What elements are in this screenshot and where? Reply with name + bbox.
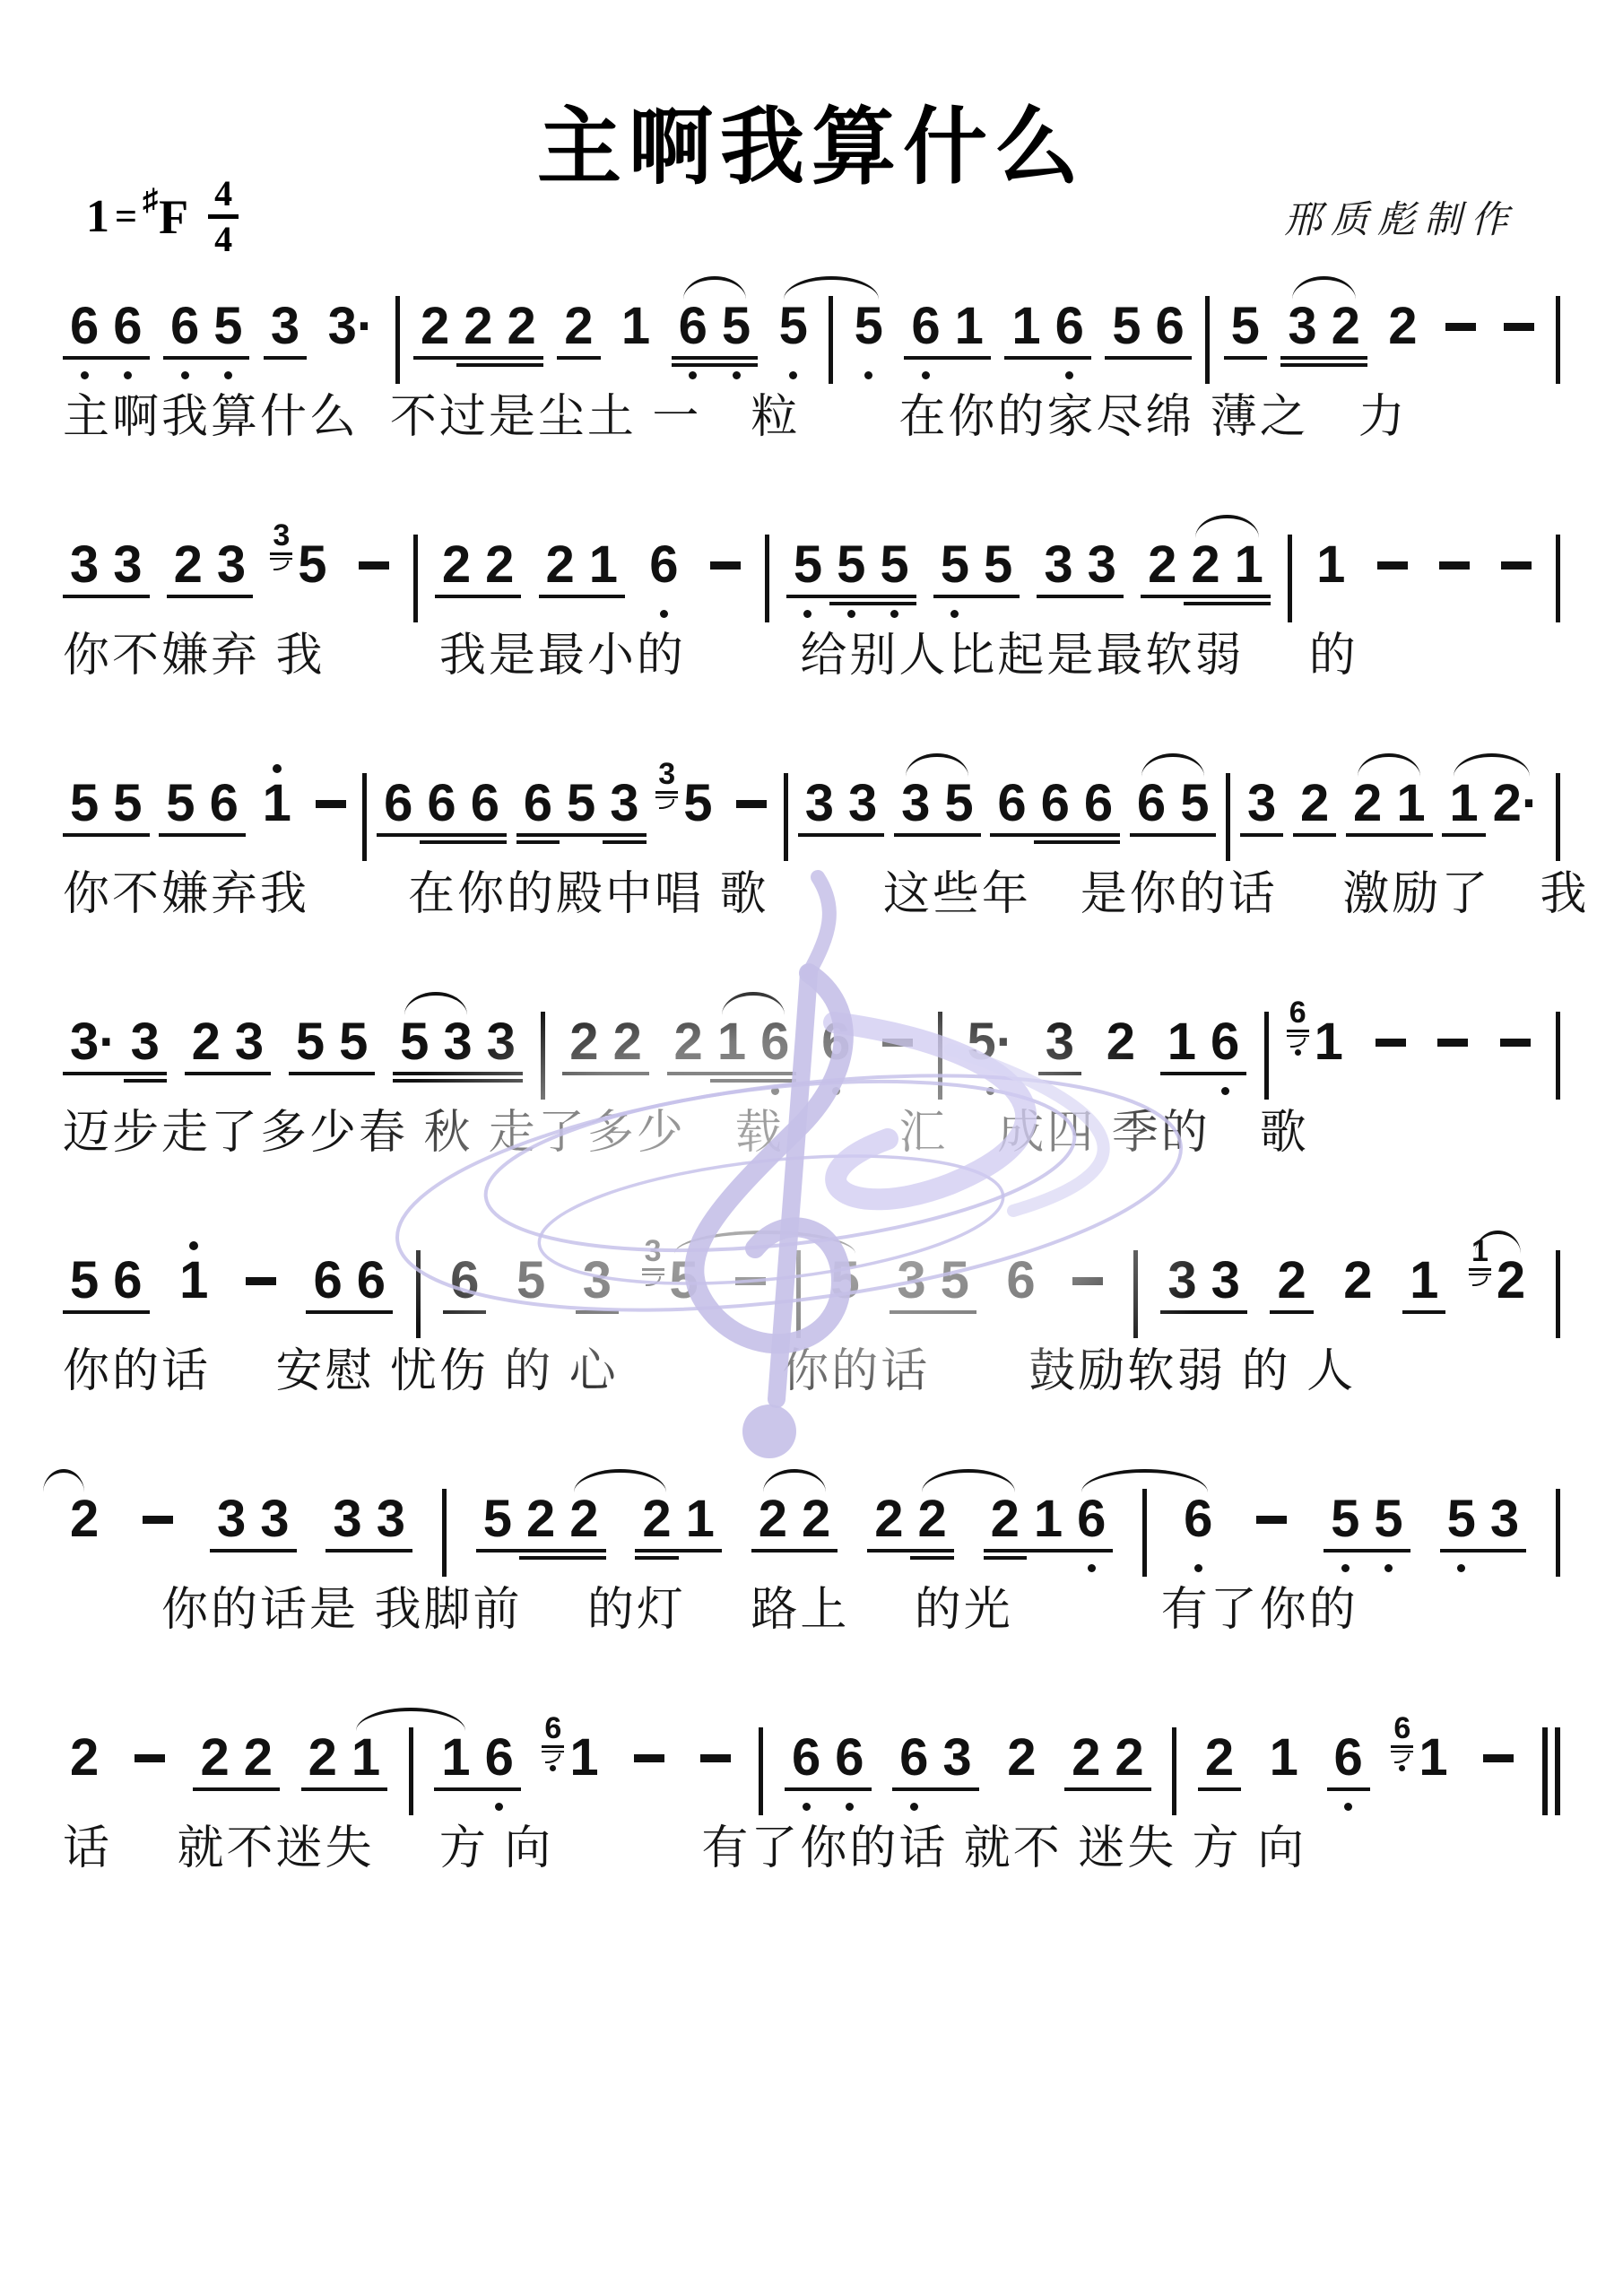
note-token: 6 [1327,1700,1370,1815]
note-digit: 5 [206,300,249,353]
note-digit: 3 [369,1492,412,1546]
note-digit: 2 [867,1492,910,1546]
beam-group: 2 [1381,269,1424,384]
high-octave-area [321,269,382,300]
underline-area [1476,1785,1521,1799]
high-octave-area [289,985,332,1015]
note-digit: 6 [1130,777,1173,831]
rhythm-underline [193,1787,236,1791]
low-octave-dot [733,371,741,379]
dash-note [1493,985,1538,1100]
rhythm-underline [798,833,841,837]
high-octave-area [1037,508,1080,538]
rhythm-underline [937,833,980,837]
beam-group: 21 [539,508,626,622]
high-octave-area [106,269,149,300]
high-octave-area [185,985,228,1015]
note-token: 2 [500,269,543,384]
underline-area [798,831,841,845]
low-octave-area [1457,1561,1465,1575]
rhythm-underline [1367,1549,1410,1552]
grace-hook [659,799,674,809]
underline-area [676,831,719,845]
note-digit: 5 [332,1015,375,1069]
underline-area [729,831,774,845]
note-token: 6 [814,985,857,1100]
barline [1142,1489,1147,1577]
note-digit: 2 [557,300,600,353]
underline-area [478,592,521,606]
high-octave-area [106,746,149,777]
note-token: 3 [890,1223,933,1338]
low-octave-dot [1341,1564,1350,1572]
rhythm-underline [1391,1751,1413,1753]
note-digit: 5 [63,777,106,831]
rhythm-underline [1037,595,1080,598]
high-octave-area [990,746,1033,777]
high-octave-area [308,746,353,777]
rhythm-underline [672,356,715,360]
duration-dash [700,1754,731,1762]
rhythm-underline [829,595,872,598]
note-digit: 6 [464,777,507,831]
high-octave-area [948,269,991,300]
low-octave-dot [1194,1564,1202,1572]
high-octave-area [1476,1700,1521,1731]
low-octave-dot [1295,1049,1301,1056]
underline-area [167,592,210,606]
note-token: 2 [413,269,456,384]
note-token: 5 [933,508,976,622]
underline-area [772,353,815,368]
rhythm-underline [1240,833,1283,837]
note-token: 3 [1204,1223,1247,1338]
note-digit: 6 [1391,1713,1413,1744]
grace-note: 3 [270,520,292,580]
high-octave-area [1270,1223,1313,1254]
note-digit: 6 [828,1731,871,1785]
note-token: 2 [193,1700,236,1815]
note-digit: 2 [1198,1731,1241,1785]
underline-area [562,1785,605,1799]
high-octave-area [814,985,857,1015]
high-octave-area [557,269,600,300]
note-digit: 3 [798,777,841,831]
note-token: 5 [676,746,719,861]
underline-area [1038,1069,1081,1083]
beam-group [627,1700,672,1815]
rhythm-underline [163,356,206,360]
note-digit: 1 [679,1492,722,1546]
note-token: 1 [948,269,991,384]
low-octave-dot [847,610,855,618]
underline-area [1077,831,1120,845]
low-octave-dot [1457,1564,1465,1572]
note-token: 2 [237,1700,280,1815]
note-digit: 6 [163,300,206,353]
high-octave-area [1160,1223,1203,1254]
note-digit: 6 [203,777,246,831]
rhythm-underline [1324,363,1367,367]
beam-group: 5 [509,1223,552,1338]
barline [541,1012,545,1100]
rhythm-underline [715,363,758,367]
note-digit: 3 [264,300,307,353]
rhythm-underline [1442,833,1485,837]
low-octave-area [1065,368,1073,382]
underline-area [352,592,396,606]
barline [1288,535,1292,622]
underline-area [264,353,307,368]
rhythm-underline [710,1072,753,1075]
underline-area [500,353,543,368]
rhythm-underline [1034,840,1077,844]
underline-area [1224,353,1267,368]
note-digit: 5 [1224,300,1267,353]
beam-group [1065,1223,1110,1338]
note-digit: 6 [672,300,715,353]
underline-area [1198,1785,1241,1799]
grace-hook [545,1753,560,1763]
duration-dash [882,1039,913,1047]
duration-dash [143,1516,173,1524]
rhythm-underline [933,1310,976,1314]
note-digit: 3 [655,759,678,789]
note-digit: 2 [1270,1254,1313,1308]
note-token: 2 [185,985,228,1100]
beam-group: 23 [167,508,254,622]
rhythm-underline [1141,595,1184,598]
rhythm-underline [828,1787,871,1791]
rhythm-underline [464,833,507,837]
high-octave-area [703,508,748,538]
barline [796,1250,801,1338]
note-digit: 2· [1486,777,1547,831]
underline-area [614,353,657,368]
beam-group [729,746,774,861]
rhythm-underline [480,1079,523,1083]
low-octave-area [550,1763,556,1773]
high-octave-area [1497,269,1541,300]
low-octave-area [950,606,959,621]
note-token: 6 [642,508,685,622]
underline-area [1240,831,1283,845]
note-digit: 2 [478,538,521,592]
beam-group: 66 [306,1223,393,1338]
rhythm-underline [1402,1310,1445,1314]
barline [1205,296,1210,384]
high-octave-area [1224,269,1267,300]
beam-group: 2 [1293,746,1336,861]
low-octave-area [922,368,930,382]
barline [1172,1727,1176,1815]
note-digit: 3 [210,1492,253,1546]
barline [442,1489,447,1577]
high-octave-area [519,1462,562,1492]
high-octave-area [256,746,299,777]
underline-area [1204,1308,1247,1322]
underline-area [63,1308,106,1322]
note-digit: 6 [990,777,1033,831]
high-octave-area [1432,508,1477,538]
note-digit: 1 [1004,300,1047,353]
note-token: 2 [1381,269,1424,384]
note-token: 2 [1270,1223,1313,1338]
note-token: 3 [264,269,307,384]
barline [1226,773,1230,861]
low-octave-dot [789,371,797,379]
underline-area [910,1546,953,1561]
underline-area [990,831,1033,845]
note-token: 2 [435,508,478,622]
underline-area [1293,831,1336,845]
beam-group: 2 [1099,985,1142,1100]
note-token: 5 [933,1223,976,1338]
beam-group: 33 [798,746,885,861]
note-digit: 6 [106,1254,149,1308]
underline-area [301,1785,344,1799]
rhythm-underline [1160,1072,1203,1075]
underline-area [1034,831,1077,845]
note-token: 5 [1324,1462,1367,1577]
note-digit: 3 [1081,538,1124,592]
dash-note [1497,269,1541,384]
underline-area [1411,1785,1454,1799]
low-octave-area [789,368,797,382]
rhythm-underline [270,552,292,555]
low-octave-dot [922,371,930,379]
high-octave-area [167,508,210,538]
rhythm-underline [1048,356,1091,360]
underline-area [127,1785,172,1799]
underline-area [344,1785,387,1799]
note-digit: 2 [910,1492,953,1546]
low-octave-dot [495,1803,503,1811]
low-octave-area [1295,1048,1301,1057]
rhythm-underline [679,1549,722,1552]
note-token: 5 [1440,1462,1483,1577]
underline-area [106,592,149,606]
dash-note [693,1700,738,1815]
note-token: 1 [1307,985,1350,1100]
high-octave-area [1293,746,1336,777]
rhythm-underline [443,1310,486,1314]
underline-area [306,1308,349,1322]
note-digit: 5 [1440,1492,1483,1546]
high-octave-area [693,1700,738,1731]
high-octave-area [1203,985,1246,1015]
beam-group: 23 [185,985,272,1100]
beam-group [127,1700,172,1815]
low-octave-area [689,368,697,382]
beam-group: 6 [443,1223,486,1338]
grace-note: 3 [642,1236,664,1296]
underline-area [106,353,149,368]
rhythm-underline [377,833,420,837]
high-octave-area [1038,985,1081,1015]
underline-area [509,1308,552,1322]
rhythm-underline [1389,833,1432,837]
duration-dash [1445,323,1476,331]
note-token: 5 [1224,269,1267,384]
duration-dash [316,800,346,808]
underline-area [436,1069,479,1083]
note-digit: 2 [456,300,499,353]
rhythm-underline [794,1549,838,1552]
note-digit: 1 [172,1254,215,1308]
note-digit: 5 [933,538,976,592]
note-digit: 2 [606,1015,649,1069]
note-token: 5 [63,746,106,861]
note-token: 3 [106,508,149,622]
duration-dash [710,561,741,570]
beam-group: 6 [999,1223,1042,1338]
rhythm-underline [210,595,253,598]
high-octave-area [729,746,774,777]
note-token: 6 [63,269,106,384]
underline-area [933,592,976,606]
note-digit: 5 [676,777,719,831]
duration-dash [736,800,767,808]
note-digit: 2 [539,538,582,592]
high-octave-area [509,1223,552,1254]
underline-area [159,831,202,845]
beam-group: 35 [890,1223,976,1338]
underline-area [603,831,646,845]
underline-area [582,592,625,606]
note-digit: 6 [1070,1492,1113,1546]
note-token: 2 [1099,985,1142,1100]
beam-group: 1 [1402,1223,1445,1338]
note-token: 2 [1293,746,1336,861]
underline-area [794,1546,838,1561]
high-octave-area [210,508,253,538]
low-octave-area [81,368,89,382]
rhythm-underline [480,1072,523,1075]
beam-group: 53 [1440,1462,1527,1577]
underline-area [1367,1546,1410,1561]
low-octave-dot [890,610,898,618]
note-digit: 3 [642,1236,664,1266]
note-token: 3 [841,746,884,861]
note-token: 5· [959,985,1020,1100]
high-octave-area [560,746,603,777]
underline-area [824,1308,867,1322]
underline-area [1149,353,1192,368]
high-octave-area [1240,746,1283,777]
note-token: 1 [562,1700,605,1815]
note-token: 1 [1263,1700,1306,1815]
rhythm-underline [542,1745,564,1748]
note-token: 6 [478,1700,521,1815]
dash-note [1476,1700,1521,1815]
note-digit: 5 [663,1254,706,1308]
high-octave-area [1494,508,1539,538]
underline-area [193,1785,236,1799]
rhythm-underline [478,1787,521,1791]
rhythm-underline [1327,1787,1370,1791]
rhythm-underline [1077,840,1120,844]
beam-group: 2 [1198,1700,1241,1815]
note-digit: 3 [480,1015,523,1069]
underline-area [693,1785,738,1799]
note-token: 5 [976,508,1020,622]
rhythm-underline [434,1787,477,1791]
underline-area [1099,1069,1142,1083]
note-token: 5 [509,1223,552,1338]
rhythm-underline [786,595,829,598]
beam-group: 22 [1064,1700,1151,1815]
note-token: 3 [325,1462,369,1577]
underline-area [976,592,1020,606]
rhythm-underline [519,1549,562,1552]
high-octave-area [1440,1462,1483,1492]
barline [829,296,833,384]
underline-area [443,1308,486,1322]
high-octave-area [63,1223,106,1254]
underline-area [369,1546,412,1561]
barline [938,1012,942,1100]
low-octave-area [124,368,132,382]
note-digit: 1 [582,538,625,592]
high-octave-area [1107,1700,1150,1731]
note-token: 2 [456,269,499,384]
time-signature: 4 4 [208,176,239,257]
underline-area [413,353,456,368]
dash-note [239,1223,283,1338]
note-digit: 2 [193,1731,236,1785]
underline-area [1440,1546,1483,1561]
note-digit: 5 [291,538,334,592]
rhythm-underline [1107,1787,1150,1791]
note-token: 2 [562,985,605,1100]
note-token: 1 [1160,985,1203,1100]
underline-area [1336,1308,1379,1322]
lyrics-line: 你的话 安慰 忧伤 的 心 你的话 鼓励软弱 的 人 [63,1345,1560,1397]
note-token: 2 [1336,1223,1379,1338]
rhythm-underline [1077,833,1120,837]
beam-group: 3 [1240,746,1283,861]
duration-dash [1256,1516,1287,1524]
final-double-barline [1542,1727,1560,1815]
underline-area [1141,592,1184,606]
rhythm-underline [1198,1787,1241,1791]
note-token: 2 [1107,1700,1150,1815]
note-digit: 2 [435,538,478,592]
high-octave-area [253,1462,296,1492]
underline-area [785,1785,828,1799]
high-octave-area [1438,269,1483,300]
rhythm-underline [655,791,678,794]
rhythm-underline [576,1310,619,1314]
high-octave-area [1027,1462,1070,1492]
beam-group: 1 [256,746,299,861]
note-token: 6 [106,1223,149,1338]
beam-group: 653 [516,746,647,861]
high-octave-area [1370,508,1415,538]
rhythm-underline [106,595,149,598]
low-octave-dot [832,1087,840,1095]
rhythm-underline [63,833,106,837]
underline-area [124,1069,167,1083]
note-token: 5 [159,746,202,861]
note-digit: 3 [1204,1254,1247,1308]
key-equals: = [115,194,137,239]
rhythm-underline [1105,356,1148,360]
beam-group: 55 [289,985,376,1100]
end-barline [1556,1012,1560,1100]
note-digit: 5 [1173,777,1216,831]
